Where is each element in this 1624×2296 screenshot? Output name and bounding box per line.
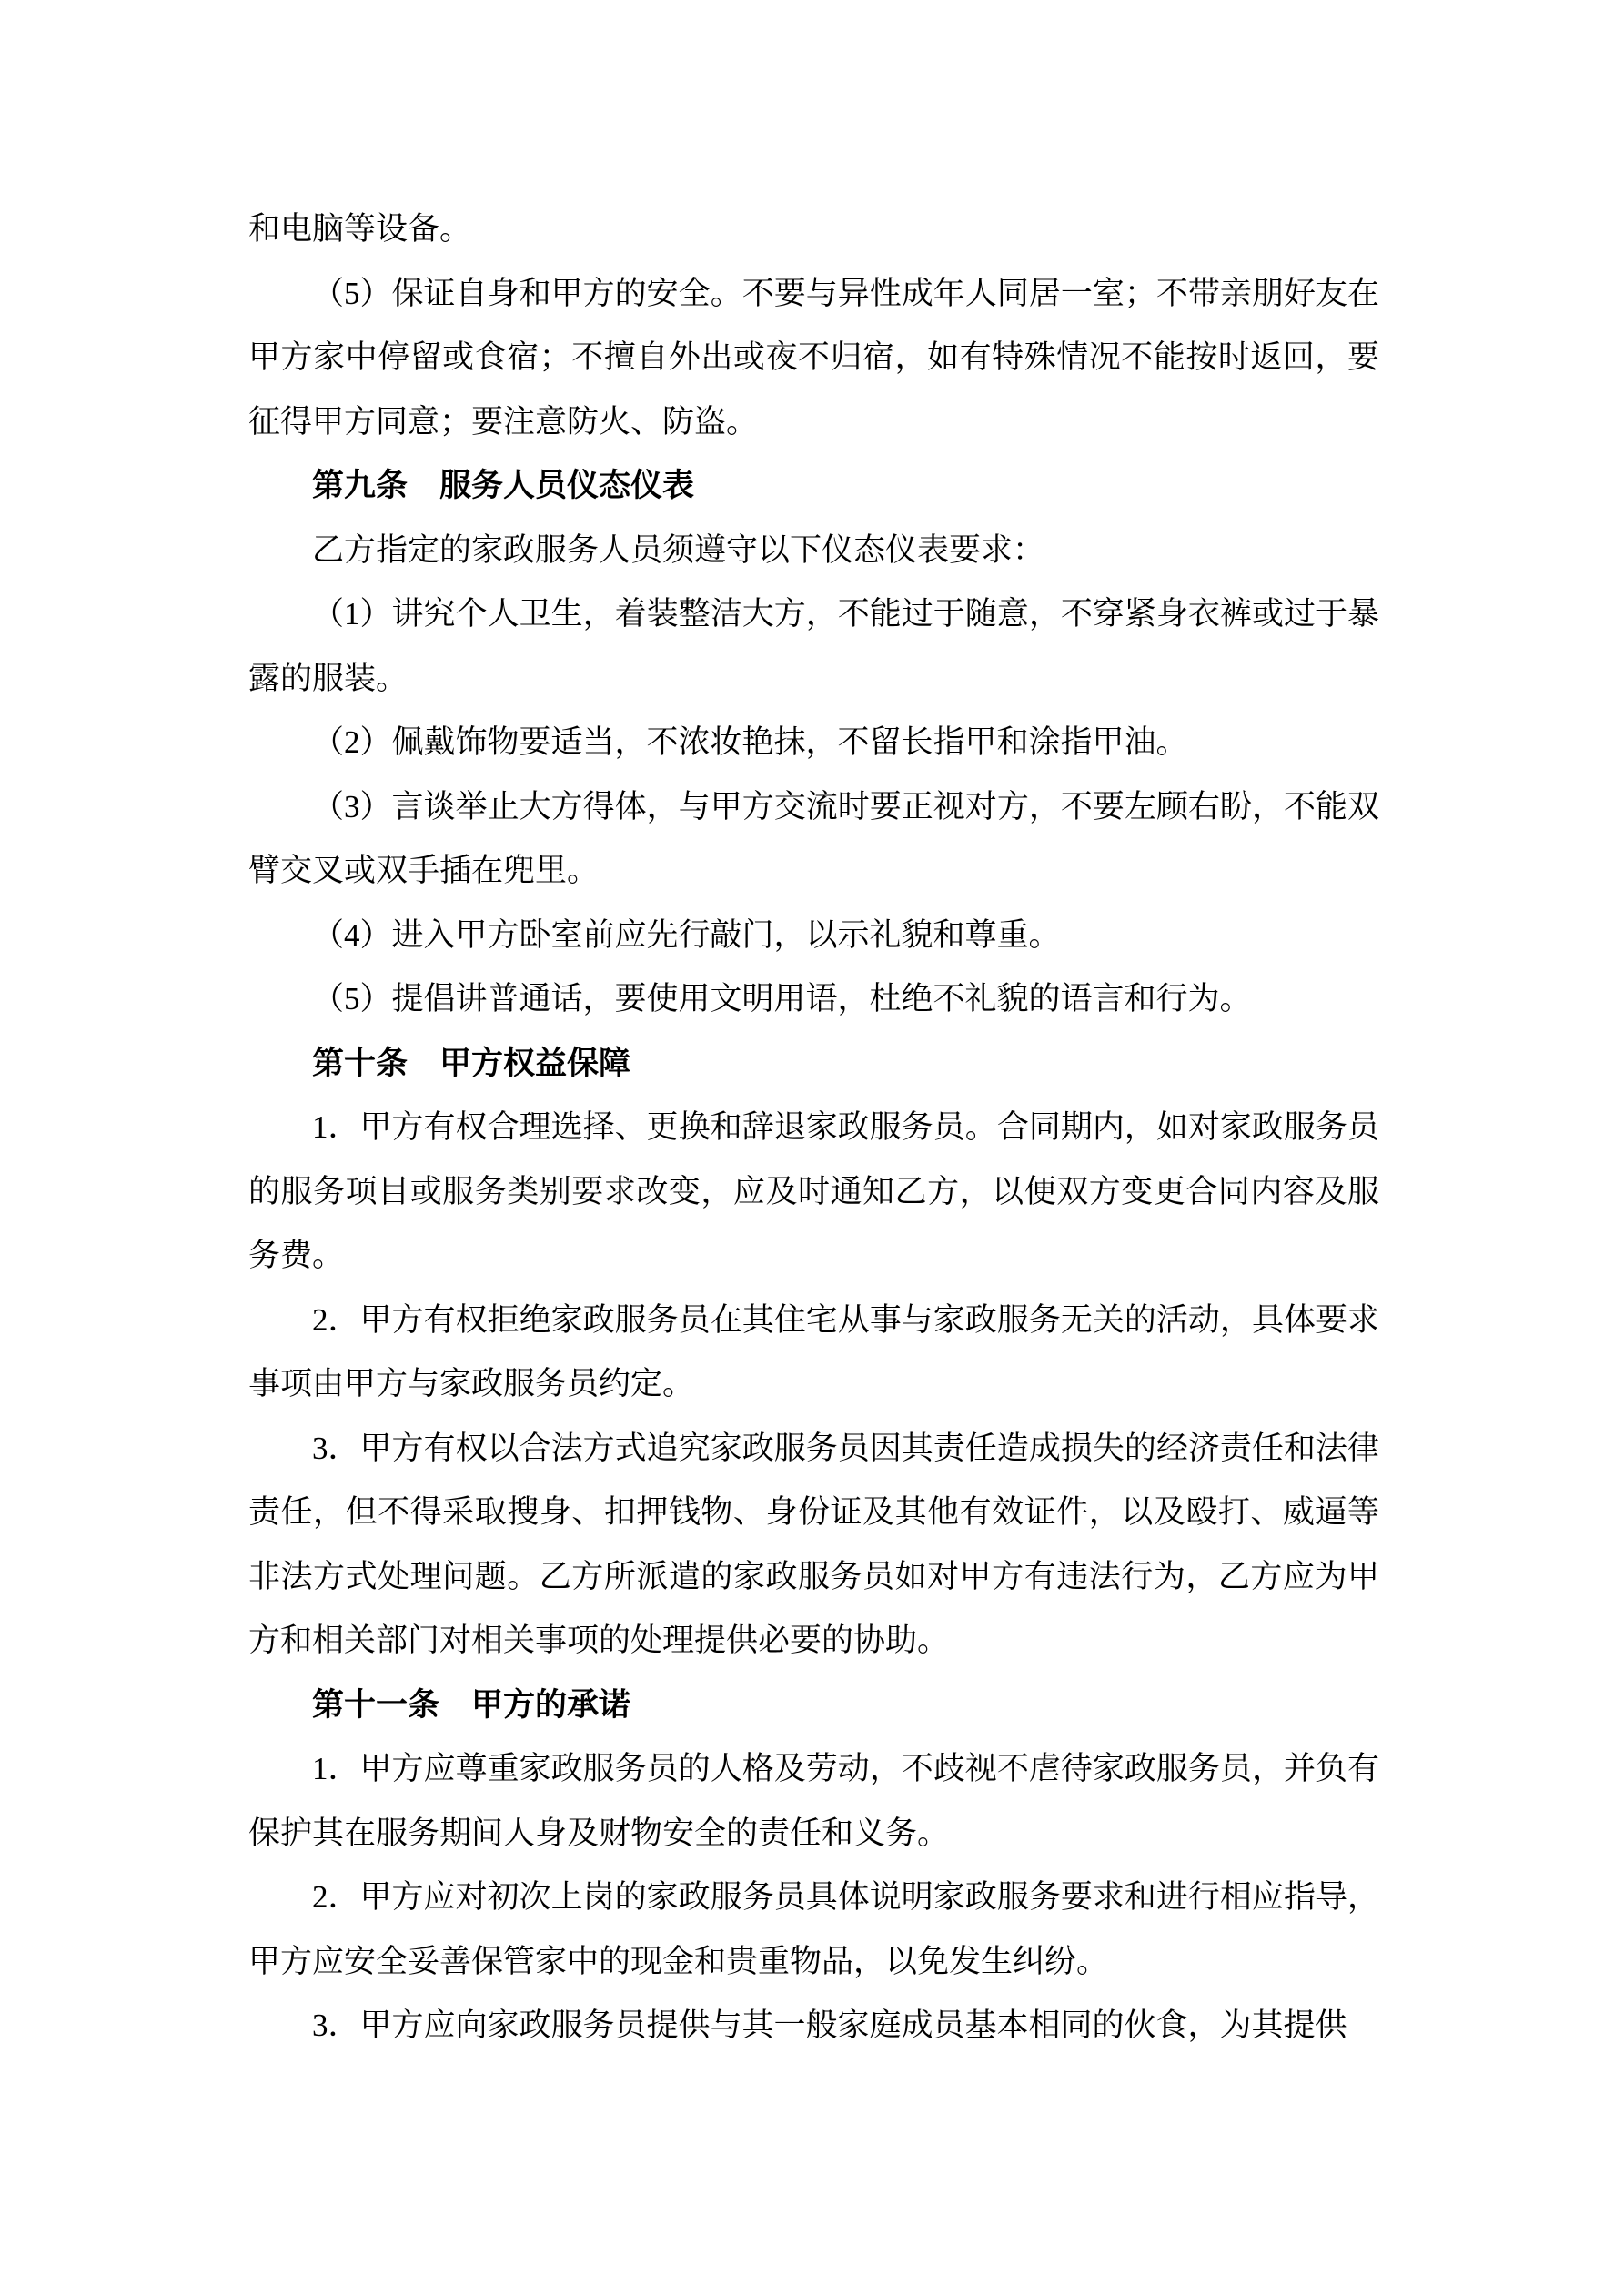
paragraph: 3．甲方应向家政服务员提供与其一般家庭成员基本相同的伙食，为其提供 (248, 1994, 1379, 2058)
paragraph: （5）提倡讲普通话，要使用文明用语，杜绝不礼貌的语言和行为。 (248, 967, 1379, 1032)
paragraph: 3．甲方有权以合法方式追究家政服务员因其责任造成损失的经济责任和法律责任，但不得… (248, 1417, 1379, 1674)
section-heading: 第九条 服务人员仪态仪表 (248, 454, 1379, 519)
paragraph: （5）保证自身和甲方的安全。不要与异性成年人同居一室；不带亲朋好友在甲方家中停留… (248, 262, 1379, 455)
paragraph: （2）佩戴饰物要适当，不浓妆艳抹，不留长指甲和涂指甲油。 (248, 711, 1379, 775)
paragraph: （1）讲究个人卫生，着装整洁大方，不能过于随意，不穿紧身衣裤或过于暴露的服装。 (248, 582, 1379, 711)
paragraph: （4）进入甲方卧室前应先行敲门，以示礼貌和尊重。 (248, 904, 1379, 968)
paragraph: 2．甲方有权拒绝家政服务员在其住宅从事与家政服务无关的活动，具体要求事项由甲方与… (248, 1289, 1379, 1417)
paragraph: 和电脑等设备。 (248, 197, 1379, 262)
paragraph: 2．甲方应对初次上岗的家政服务员具体说明家政服务要求和进行相应指导，甲方应安全妥… (248, 1866, 1379, 1994)
section-heading: 第十一条 甲方的承诺 (248, 1674, 1379, 1738)
section-heading: 第十条 甲方权益保障 (248, 1032, 1379, 1097)
document-page: 和电脑等设备。（5）保证自身和甲方的安全。不要与异性成年人同居一室；不带亲朋好友… (0, 0, 1624, 2296)
document-body: 和电脑等设备。（5）保证自身和甲方的安全。不要与异性成年人同居一室；不带亲朋好友… (248, 197, 1379, 2058)
paragraph: 1．甲方有权合理选择、更换和辞退家政服务员。合同期内，如对家政服务员的服务项目或… (248, 1096, 1379, 1289)
paragraph: （3）言谈举止大方得体，与甲方交流时要正视对方，不要左顾右盼，不能双臂交叉或双手… (248, 775, 1379, 904)
paragraph: 乙方指定的家政服务人员须遵守以下仪态仪表要求： (248, 519, 1379, 583)
paragraph: 1．甲方应尊重家政服务员的人格及劳动，不歧视不虐待家政服务员，并负有保护其在服务… (248, 1737, 1379, 1866)
